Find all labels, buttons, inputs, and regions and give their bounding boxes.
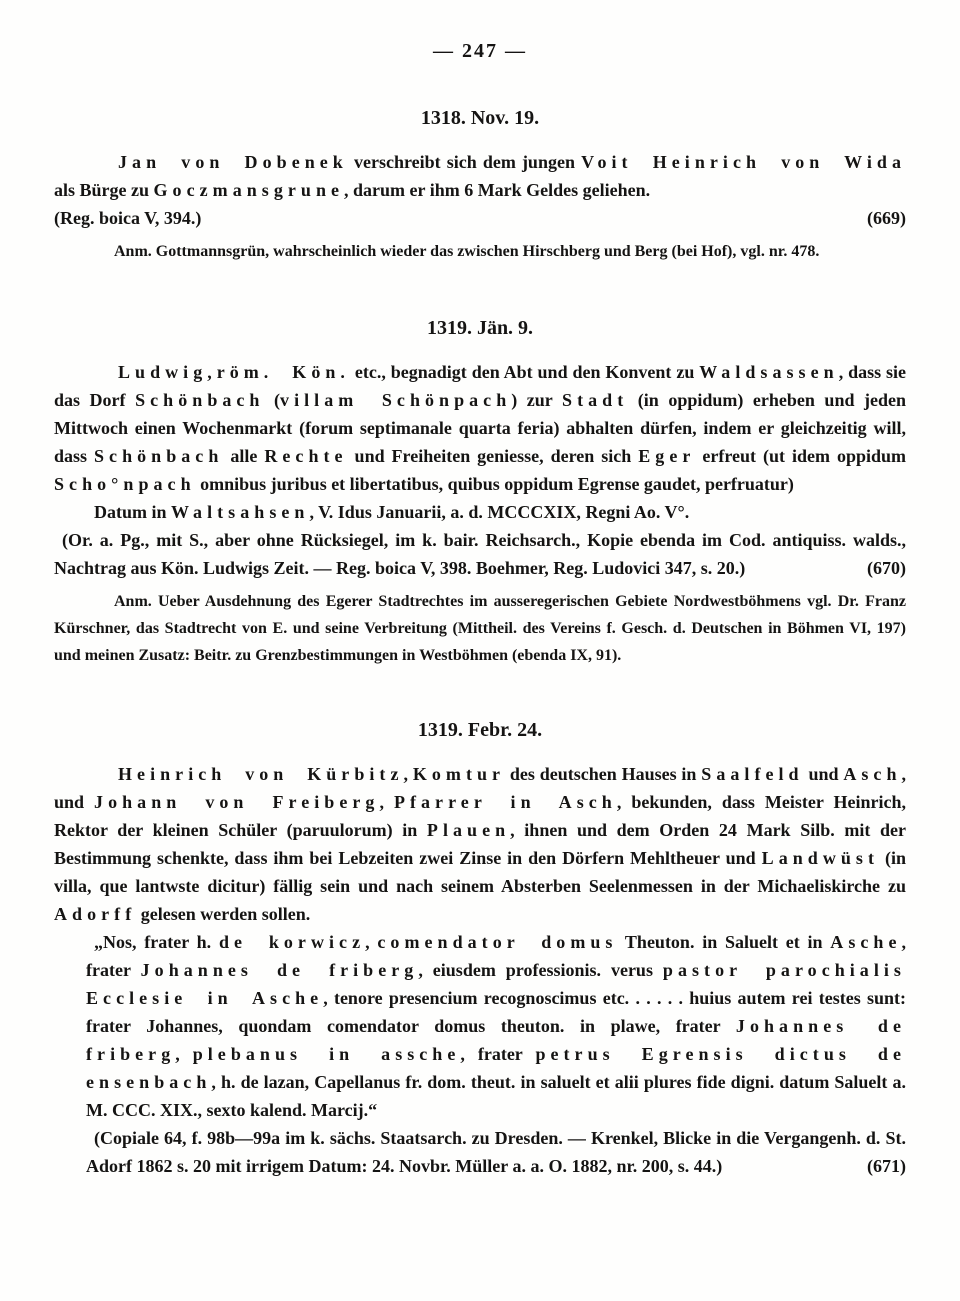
entry-671-latin-quote: „Nos, frater h. de korwicz, comendator d… [86,928,906,1124]
entry-670-datum-line: Datum in Waltsahsen, V. Idus Januarii, a… [54,498,906,526]
entry-671-source-line: (Copiale 64, f. 98b—99a im k. sächs. Sta… [86,1124,906,1180]
entry-671-body: Heinrich von Kürbitz, Komtur des deutsch… [54,760,906,928]
entry-669: 1318. Nov. 19. Jan von Dobenek verschrei… [54,107,906,265]
entry-671-number: (671) [859,1152,906,1180]
entry-669-date-heading: 1318. Nov. 19. [54,107,906,130]
entry-670-annotation: Anm. Ueber Ausdehnung des Egerer Stadtre… [54,588,906,669]
entry-670-number: (670) [859,554,906,582]
entry-670-date-heading: 1319. Jän. 9. [54,317,906,340]
entry-669-source: (Reg. boica V, 394.) [54,208,201,228]
entry-669-annotation: Anm. Gottmannsgrün, wahrscheinlich wiede… [54,238,906,265]
entry-670-source: (Or. a. Pg., mit S., aber ohne Rücksiege… [54,530,906,578]
page-number: — 247 — [54,40,906,63]
entry-671-source: (Copiale 64, f. 98b—99a im k. sächs. Sta… [86,1128,906,1176]
entry-669-number: (669) [867,204,906,232]
entry-669-body: Jan von Dobenek verschreibt sich dem jun… [54,148,906,204]
entry-670: 1319. Jän. 9. Ludwig, röm. Kön. etc., be… [54,317,906,669]
scanned-book-page: — 247 — 1318. Nov. 19. Jan von Dobenek v… [0,0,960,1180]
entry-669-source-line: (Reg. boica V, 394.)(669) [54,204,906,232]
entry-670-body: Ludwig, röm. Kön. etc., begnadigt den Ab… [54,358,906,498]
entry-671: 1319. Febr. 24. Heinrich von Kürbitz, Ko… [54,719,906,1180]
entry-671-date-heading: 1319. Febr. 24. [54,719,906,742]
entry-670-source-line: (Or. a. Pg., mit S., aber ohne Rücksiege… [54,526,906,582]
